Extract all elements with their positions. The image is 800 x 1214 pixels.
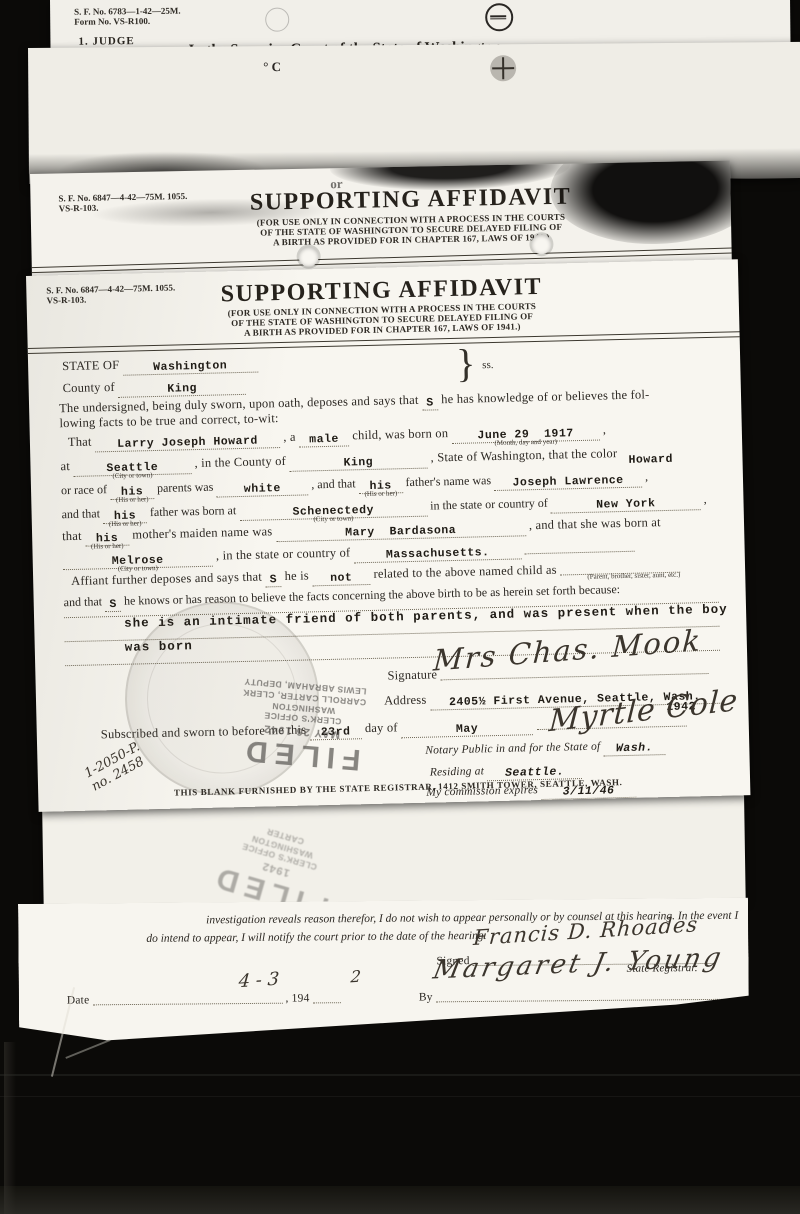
- circled-dash-icon: [485, 3, 513, 31]
- state-label: STATE OF: [62, 358, 120, 373]
- mother-name-field: Mary Bardasona: [275, 520, 525, 542]
- relation-hint: (Parent, brother, sister, aunt, etc.): [587, 571, 680, 581]
- s-he-field: S: [422, 394, 438, 410]
- form-code: VS-R-103.: [46, 295, 86, 306]
- fstate-sep: in the state or country of: [430, 496, 548, 513]
- not-value: not: [330, 571, 353, 585]
- parents-sep: parents was: [157, 480, 214, 495]
- sex-field: male: [299, 430, 349, 447]
- race-value: white: [244, 482, 281, 496]
- fborn-sep: father was born at: [150, 503, 237, 519]
- notary-state: Wash.: [616, 741, 653, 755]
- intro-text-b: he has knowledge of or believes the fol-: [441, 387, 650, 406]
- color-tail: , State of Washington, that the color: [430, 446, 617, 464]
- s-typed: S: [426, 396, 434, 409]
- child-name-field: Larry Joseph Howard: [95, 432, 280, 452]
- mstate-sep: , in the state or country of: [216, 545, 351, 562]
- state-value: Washington: [153, 359, 227, 374]
- birth-date-field: June 29 1917(Month, day and year): [451, 425, 599, 444]
- ss-brace: }: [456, 339, 476, 386]
- table-seam: [0, 1074, 800, 1076]
- mother-state-field: Massachusetts.: [354, 543, 522, 563]
- andthat-sep: , and that: [311, 476, 356, 491]
- mother-name: Mary Bardasona: [345, 524, 456, 540]
- address-label: Address: [384, 693, 427, 708]
- father-city-field: Schenectedy(City or town): [239, 501, 427, 521]
- comma: ,: [603, 422, 607, 436]
- county-value: King: [167, 382, 197, 396]
- date-line: Date , 194: [67, 989, 341, 1006]
- s-typed: S: [270, 573, 278, 586]
- affiant-text-c: related to the above named child as: [373, 563, 557, 581]
- table-seam: [0, 1096, 800, 1097]
- comma: ,: [704, 492, 707, 506]
- relation-field: (Parent, brother, sister, aunt, etc.): [560, 559, 680, 576]
- notary-state-field: Wash.: [603, 741, 665, 756]
- race-label: or race of: [61, 482, 107, 497]
- notary-line: Notary Public in and for the State of Wa…: [425, 739, 665, 761]
- ss-label: ss.: [482, 359, 494, 371]
- date-field: [92, 990, 282, 1006]
- page-court-order-bottom: investigation reveals reason therefor, I…: [18, 898, 749, 1044]
- mname-sep: mother's maiden name was: [132, 524, 272, 541]
- race-field: white: [216, 479, 308, 497]
- birth-city-field: Seattle(City or town): [73, 458, 191, 477]
- sworn-month-field: May: [401, 719, 533, 738]
- state-line: STATE OF Washington: [62, 355, 258, 378]
- born-label: and that: [61, 506, 100, 521]
- child-name: Larry Joseph Howard: [117, 435, 258, 451]
- faint-circle-mark-icon: [265, 7, 289, 31]
- sworn-month: May: [456, 722, 479, 736]
- s-he-field: S: [265, 571, 281, 587]
- date-handwriting: 4 - 3: [238, 969, 280, 993]
- binding-highlight: [4, 1042, 16, 1214]
- mother-that: that: [62, 529, 82, 543]
- county-field: King: [118, 379, 246, 398]
- table-edge-band: [0, 1186, 800, 1214]
- a-sep: , a: [283, 430, 296, 444]
- scanned-document-photo: S. F. No. 6783—1-42—25M. Form No. VS-R10…: [0, 0, 800, 1214]
- circled-cross-icon: [490, 55, 516, 81]
- hearing-line-2: do intend to appear, I will notify the c…: [146, 930, 486, 945]
- date-hint: (Month, day and year): [494, 438, 557, 447]
- birth-county-field: King: [289, 453, 427, 472]
- father-name-field: Joseph Lawrence: [494, 472, 642, 491]
- filed-stamp: FILED MAY 26 1942 CLERK'S OFFICE WASHING…: [216, 615, 393, 778]
- father-name: Joseph Lawrence: [512, 474, 623, 490]
- form-number: S. F. No. 6783—1-42—25M.: [74, 6, 181, 17]
- affiant-text-a: Affiant further deposes and says that: [71, 570, 262, 588]
- year-digit-handwriting: 2: [350, 967, 362, 987]
- mborn-tail: , and that she was born at: [529, 515, 661, 532]
- comma: ,: [645, 469, 648, 483]
- his-field: his(His or her): [110, 483, 154, 500]
- birth-county: King: [343, 456, 373, 470]
- margin-note: 1-2050-P. no. 2458: [82, 739, 149, 794]
- his-field: his(His or her): [103, 507, 147, 524]
- empty-field: [525, 538, 635, 555]
- his-hint: (His or her): [116, 495, 149, 504]
- related-field: not: [312, 569, 370, 586]
- judge-item-label: 1. JUDGE: [78, 35, 134, 48]
- father-state: New York: [596, 497, 656, 511]
- city-hint: (City or town): [112, 471, 152, 480]
- stray-pencil-mark: ° C: [263, 59, 281, 75]
- state-field: Washington: [123, 357, 258, 376]
- his-field: his(His or her): [358, 477, 402, 494]
- page-affidavit-main: S. F. No. 6847—4-42—75M. 1055. VS-R-103.…: [26, 259, 750, 812]
- form-code: Form No. VS-R100.: [74, 16, 150, 27]
- at-label: at: [60, 459, 70, 473]
- fname-sep: father's name was: [405, 473, 491, 489]
- hole-punch: [531, 234, 551, 254]
- notary-label: Notary Public in and for the State of: [425, 741, 600, 757]
- his-hint: (His or her): [364, 489, 397, 498]
- year-field: [313, 989, 341, 1003]
- county-label: County of: [62, 380, 114, 395]
- signature-label: Signature: [387, 667, 437, 682]
- born-sep: child, was born on: [352, 426, 448, 442]
- county-line: County of King: [62, 377, 246, 399]
- by-field: [436, 986, 736, 1003]
- his-field: his(His or her): [85, 530, 129, 547]
- sex-value: male: [309, 433, 339, 447]
- hearing-text-2: do intend to appear, I will notify the c…: [146, 930, 486, 945]
- county-sep: , in the County of: [194, 454, 286, 470]
- paper-corner-edge: [65, 1039, 110, 1059]
- year-printed: , 194: [285, 992, 309, 1004]
- father-surname-overflow: Howard: [628, 453, 673, 467]
- by-line: By: [419, 986, 736, 1004]
- by-label: By: [419, 991, 433, 1003]
- affiant-text-b: he is: [284, 568, 309, 583]
- mother-state: Massachusetts.: [386, 546, 490, 561]
- father-state-field: New York: [551, 494, 701, 514]
- mother-city-field: Melrose(City or town): [63, 551, 213, 571]
- residing-label: Residing at: [430, 765, 485, 778]
- that-label: That: [68, 435, 92, 450]
